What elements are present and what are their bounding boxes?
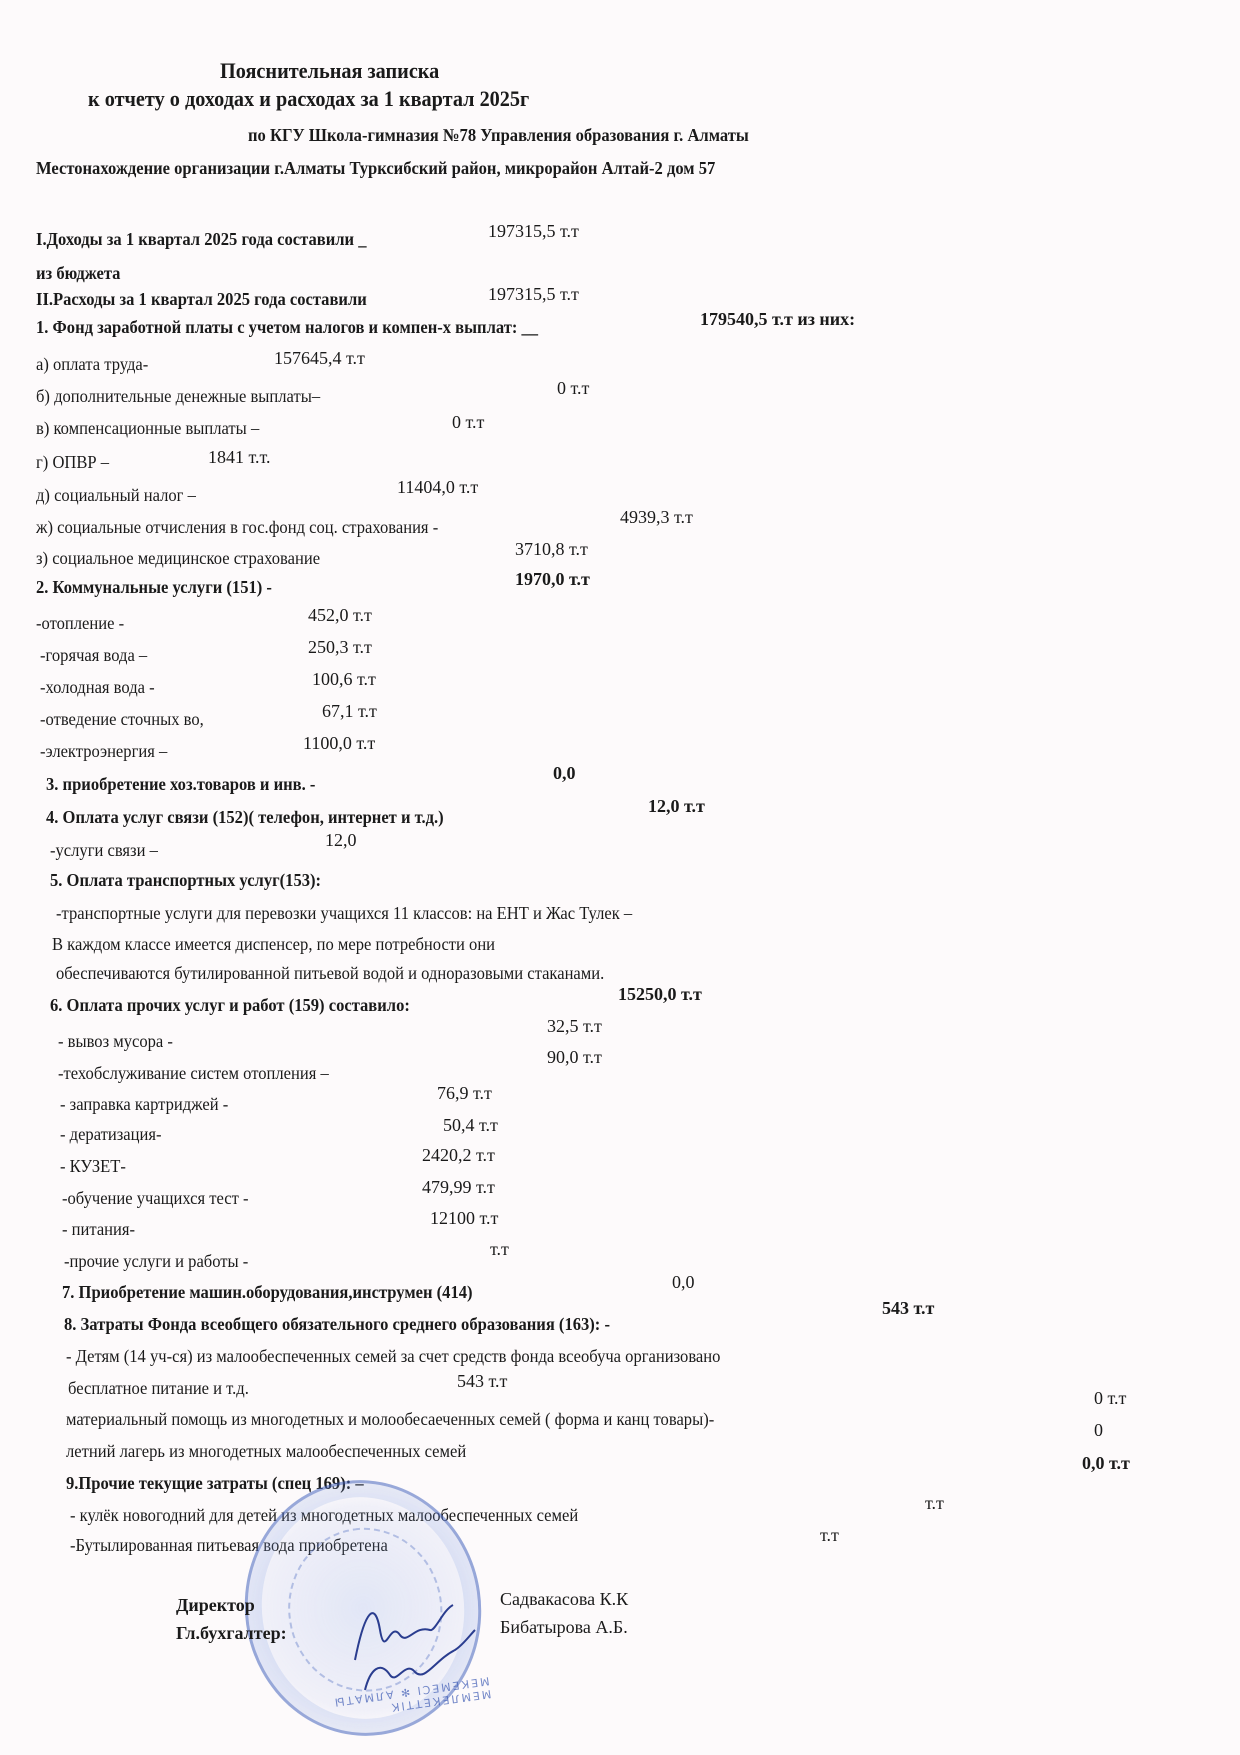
s5-line: обеспечиваются бутилированной питьевой в… [56, 962, 604, 984]
s6-item-label: -обучение учащихся тест - [62, 1187, 248, 1209]
s6-item-label: - заправка картриджей - [60, 1093, 228, 1115]
s9-item-value: т.т [820, 1524, 839, 1546]
s6-item-label: - вывоз мусора - [58, 1030, 173, 1052]
income-source: из бюджета [36, 262, 120, 284]
section-5-heading: 5. Оплата транспортных услуг(153): [50, 869, 321, 891]
section-8-heading: 8. Затраты Фонда всеобщего обязательного… [64, 1313, 610, 1335]
accountant-name: Бибатырова А.Б. [500, 1616, 628, 1638]
expenses-value: 197315,5 т.т [488, 283, 579, 305]
s6-item-value: 479,99 т.т [422, 1176, 495, 1198]
s6-item-value: 32,5 т.т [547, 1015, 602, 1037]
s2-item-label: -электроэнергия – [40, 740, 167, 762]
document-subtitle: к отчету о доходах и расходах за 1 кварт… [88, 88, 529, 110]
s6-item-value: 76,9 т.т [437, 1082, 492, 1104]
s6-item-value: 50,4 т.т [443, 1114, 498, 1136]
s6-item-value: 90,0 т.т [547, 1046, 602, 1068]
s8-line2-value: 543 т.т [457, 1370, 507, 1392]
s2-item-label: -горячая вода – [40, 644, 147, 666]
s2-item-value: 250,3 т.т [308, 636, 372, 658]
signature-scribbles [335, 1590, 485, 1700]
s1-item-value: 0 т.т [452, 411, 484, 433]
s9-item-value: т.т [925, 1492, 944, 1514]
s1-item-label: в) компенсационные выплаты – [36, 417, 259, 439]
signature-icon [335, 1590, 485, 1700]
section-4-value: 12,0 т.т [648, 795, 705, 817]
section-1-heading: 1. Фонд заработной платы с учетом налого… [36, 316, 538, 338]
s2-item-value: 100,6 т.т [312, 668, 376, 690]
s2-item-value: 1100,0 т.т [303, 732, 375, 754]
accountant-label: Гл.бухгалтер: [176, 1622, 287, 1644]
s8-line2-label: бесплатное питание и т.д. [68, 1377, 249, 1399]
section-8-value: 543 т.т [882, 1297, 934, 1319]
s6-item-label: - питания- [62, 1218, 135, 1240]
s6-item-value: т.т [490, 1238, 509, 1260]
s6-item-label: - КУЗЕТ- [60, 1155, 126, 1177]
section-4-heading: 4. Оплата услуг связи (152)( телефон, ин… [46, 806, 444, 828]
s1-item-value: 3710,8 т.т [515, 538, 588, 560]
s8-extra-value: 0,0 т.т [1082, 1452, 1130, 1474]
s6-item-value: 2420,2 т.т [422, 1144, 495, 1166]
s1-item-value: 157645,4 т.т [274, 347, 365, 369]
section-2-value: 1970,0 т.т [515, 568, 590, 590]
section-2-heading: 2. Коммунальные услуги (151) - [36, 576, 272, 598]
director-label: Директор [176, 1594, 255, 1616]
s1-item-label: а) оплата труда- [36, 353, 148, 375]
s6-item-label: - дератизация- [60, 1123, 161, 1145]
section-6-value: 15250,0 т.т [618, 983, 702, 1005]
section-7-value: 0,0 [672, 1271, 695, 1293]
s1-item-label: б) дополнительные денежные выплаты– [36, 385, 320, 407]
s2-item-label: -холодная вода - [40, 676, 155, 698]
location-line: Местонахождение организации г.Алматы Тур… [36, 157, 715, 179]
s2-item-value: 67,1 т.т [322, 700, 377, 722]
s1-item-value: 11404,0 т.т [397, 476, 478, 498]
s6-item-label: -прочие услуги и работы - [64, 1250, 248, 1272]
s2-item-label: -отопление - [36, 612, 124, 634]
s5-line: В каждом классе имеется диспенсер, по ме… [52, 933, 495, 955]
s8-item-label: материальный помощь из многодетных и мол… [66, 1408, 714, 1430]
s1-item-value: 0 т.т [557, 377, 589, 399]
s2-item-label: -отведение сточных во, [40, 708, 204, 730]
s4-item-label: -услуги связи – [50, 839, 158, 861]
section-1-value: 179540,5 т.т из них: [700, 308, 855, 330]
s1-item-value: 1841 т.т. [208, 446, 271, 468]
s8-line: - Детям (14 уч-ся) из малообеспеченных с… [66, 1345, 720, 1367]
organization-line: по КГУ Школа-гимназия №78 Управления обр… [248, 124, 749, 146]
income-value: 197315,5 т.т [488, 220, 579, 242]
section-7-heading: 7. Приобретение машин.оборудования,инстр… [62, 1281, 473, 1303]
s1-item-value: 4939,3 т.т [620, 506, 693, 528]
s1-item-label: д) социальный налог – [36, 484, 196, 506]
s2-item-value: 452,0 т.т [308, 604, 372, 626]
s1-item-label: з) социальное медицинское страхование [36, 547, 320, 569]
s8-item-value: 0 [1094, 1419, 1103, 1441]
s5-line: -транспортные услуги для перевозки учащи… [56, 902, 632, 924]
s6-item-value: 12100 т.т [430, 1207, 498, 1229]
s6-item-label: -техобслуживание систем отопления – [58, 1062, 329, 1084]
s4-item-value: 12,0 [325, 829, 357, 851]
expenses-label: II.Расходы за 1 квартал 2025 года состав… [36, 288, 367, 310]
section-3-value: 0,0 [553, 762, 576, 784]
s8-item-value: 0 т.т [1094, 1387, 1126, 1409]
director-name: Садвакасова К.К [500, 1588, 628, 1610]
s8-item-label: летний лагерь из многодетных малообеспеч… [66, 1440, 466, 1462]
section-6-heading: 6. Оплата прочих услуг и работ (159) сос… [50, 994, 410, 1016]
section-3-heading: 3. приобретение хоз.товаров и инв. - [46, 773, 315, 795]
document-title: Пояснительная записка [220, 60, 439, 82]
income-label: I.Доходы за 1 квартал 2025 года составил… [36, 228, 366, 250]
s1-item-label: ж) социальные отчисления в гос.фонд соц.… [36, 516, 438, 538]
s1-item-label: г) ОПВР – [36, 451, 109, 473]
